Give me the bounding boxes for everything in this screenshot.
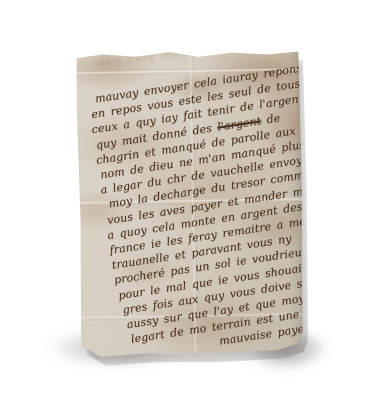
handwriting-block: mauvay envoyer cela iauray reponseen rep…: [86, 57, 368, 364]
photo-canvas: den cela mand 1715 mauvay envoyer cela i…: [0, 0, 380, 420]
letter-paper: den cela mand 1715 mauvay envoyer cela i…: [75, 49, 304, 357]
